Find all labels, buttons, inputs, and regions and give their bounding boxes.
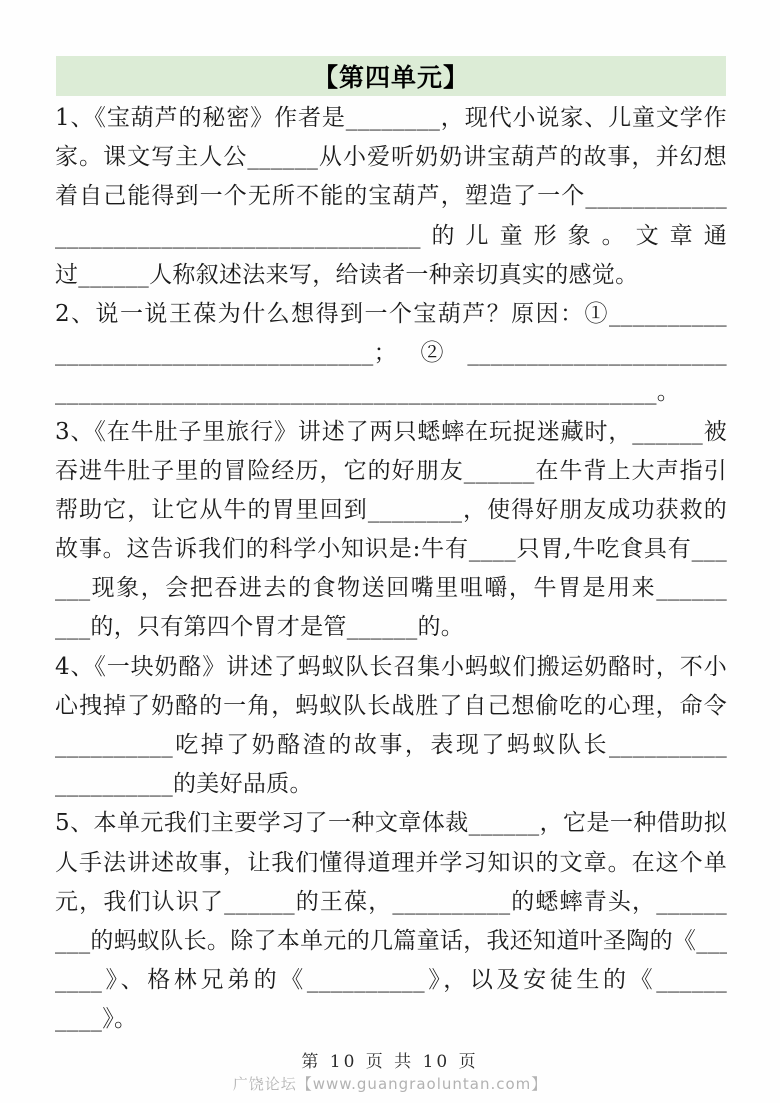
text-line: 吞进牛肚子里的冒险经历，它的好朋友______在牛背上大声指引: [55, 452, 727, 491]
worksheet-page: 【第四单元】 1、《宝葫芦的秘密》作者是________，现代小说家、儿童文学作…: [0, 0, 780, 1103]
question-5: 5、本单元我们主要学习了一种文章体裁______，它是一种借助拟 人手法讲述故事…: [55, 804, 727, 1039]
worksheet-body: 1、《宝葫芦的秘密》作者是________，现代小说家、儿童文学作 家。课文写主…: [55, 99, 727, 1040]
unit-title: 【第四单元】: [313, 58, 469, 94]
text-line: 家。课文写主人公______从小爱听奶奶讲宝葫芦的故事，并幻想: [55, 138, 727, 177]
text-line: 着自己能得到一个无所不能的宝葫芦，塑造了一个____________: [55, 177, 727, 216]
text-line: ____》、格林兄弟的《__________》，以及安徒生的《______: [55, 961, 727, 1000]
text-line: 5、本单元我们主要学习了一种文章体裁______，它是一种借助拟: [55, 804, 727, 843]
text-line: 1、《宝葫芦的秘密》作者是________，现代小说家、儿童文学作: [55, 99, 727, 138]
text-line: 心拽掉了奶酪的一角，蚂蚁队长战胜了自己想偷吃的心理，命令: [55, 687, 727, 726]
text-line: ____》。: [55, 1000, 727, 1039]
text-line: ___的蚂蚁队长。除了本单元的几篇童话，我还知道叶圣陶的《___: [55, 922, 727, 961]
text-line: __________的美好品质。: [55, 765, 727, 804]
text-line: 过______人称叙述法来写，给读者一种亲切真实的感觉。: [55, 256, 727, 295]
text-line: _______________________________的儿童形象。文章通: [55, 217, 727, 256]
text-line: ___的，只有第四个胃才是管______的。: [55, 608, 727, 647]
text-line: 元，我们认识了______的王葆，__________的蟋蟀青头，______: [55, 883, 727, 922]
text-line: ___________________________；②___________…: [55, 334, 727, 373]
question-3: 3、《在牛肚子里旅行》讲述了两只蟋蟀在玩捉迷藏时，______被 吞进牛肚子里的…: [55, 413, 727, 648]
text-line: 故事。这告诉我们的科学小知识是:牛有____只胃,牛吃食具有___: [55, 530, 727, 569]
page-number: 第 10 页 共 10 页: [0, 1047, 780, 1072]
watermark-text: 广饶论坛【www.guangraoluntan.com】: [0, 1073, 780, 1094]
text-line: 2、说一说王葆为什么想得到一个宝葫芦？原因：①__________: [55, 295, 727, 334]
question-2: 2、说一说王葆为什么想得到一个宝葫芦？原因：①__________ ______…: [55, 295, 727, 413]
text-line: 帮助它，让它从牛的胃里回到________，使得好朋友成功获救的: [55, 491, 727, 530]
text-line: 4、《一块奶酪》讲述了蚂蚁队长召集小蚂蚁们搬运奶酪时，不小: [55, 648, 727, 687]
text-line: __________吃掉了奶酪渣的故事，表现了蚂蚁队长__________: [55, 726, 727, 765]
text-line: ___现象，会把吞进去的食物送回嘴里咀嚼，牛胃是用来______: [55, 569, 727, 608]
question-1: 1、《宝葫芦的秘密》作者是________，现代小说家、儿童文学作 家。课文写主…: [55, 99, 727, 295]
unit-header-bar: 【第四单元】: [56, 56, 726, 96]
text-line: 人手法讲述故事，让我们懂得道理并学习知识的文章。在这个单: [55, 844, 727, 883]
question-4: 4、《一块奶酪》讲述了蚂蚁队长召集小蚂蚁们搬运奶酪时，不小 心拽掉了奶酪的一角，…: [55, 648, 727, 805]
text-line: 3、《在牛肚子里旅行》讲述了两只蟋蟀在玩捉迷藏时，______被: [55, 413, 727, 452]
text-line: ________________________________________…: [55, 373, 727, 412]
